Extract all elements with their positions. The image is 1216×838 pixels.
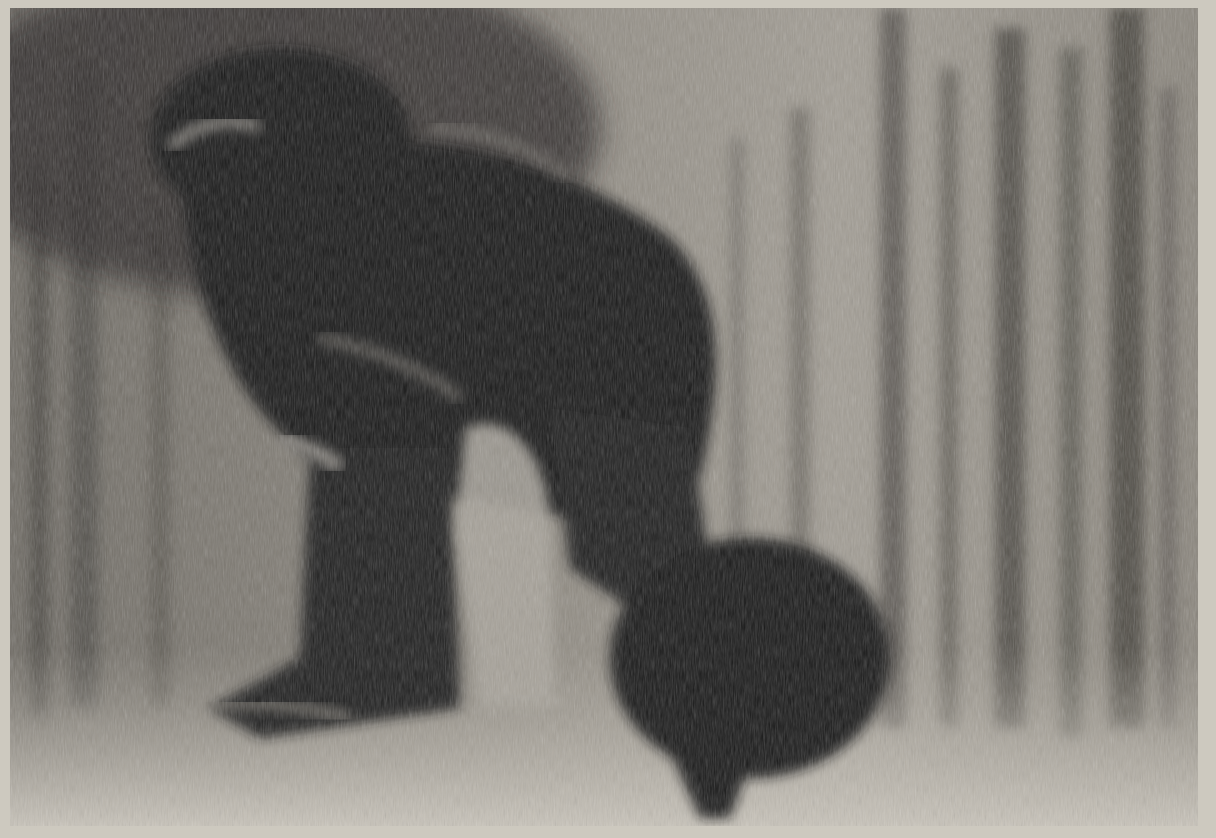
artwork-frame (0, 0, 1216, 838)
charcoal-grain (10, 8, 1198, 826)
charcoal-drawing (10, 8, 1198, 826)
drawing-canvas (10, 8, 1198, 826)
